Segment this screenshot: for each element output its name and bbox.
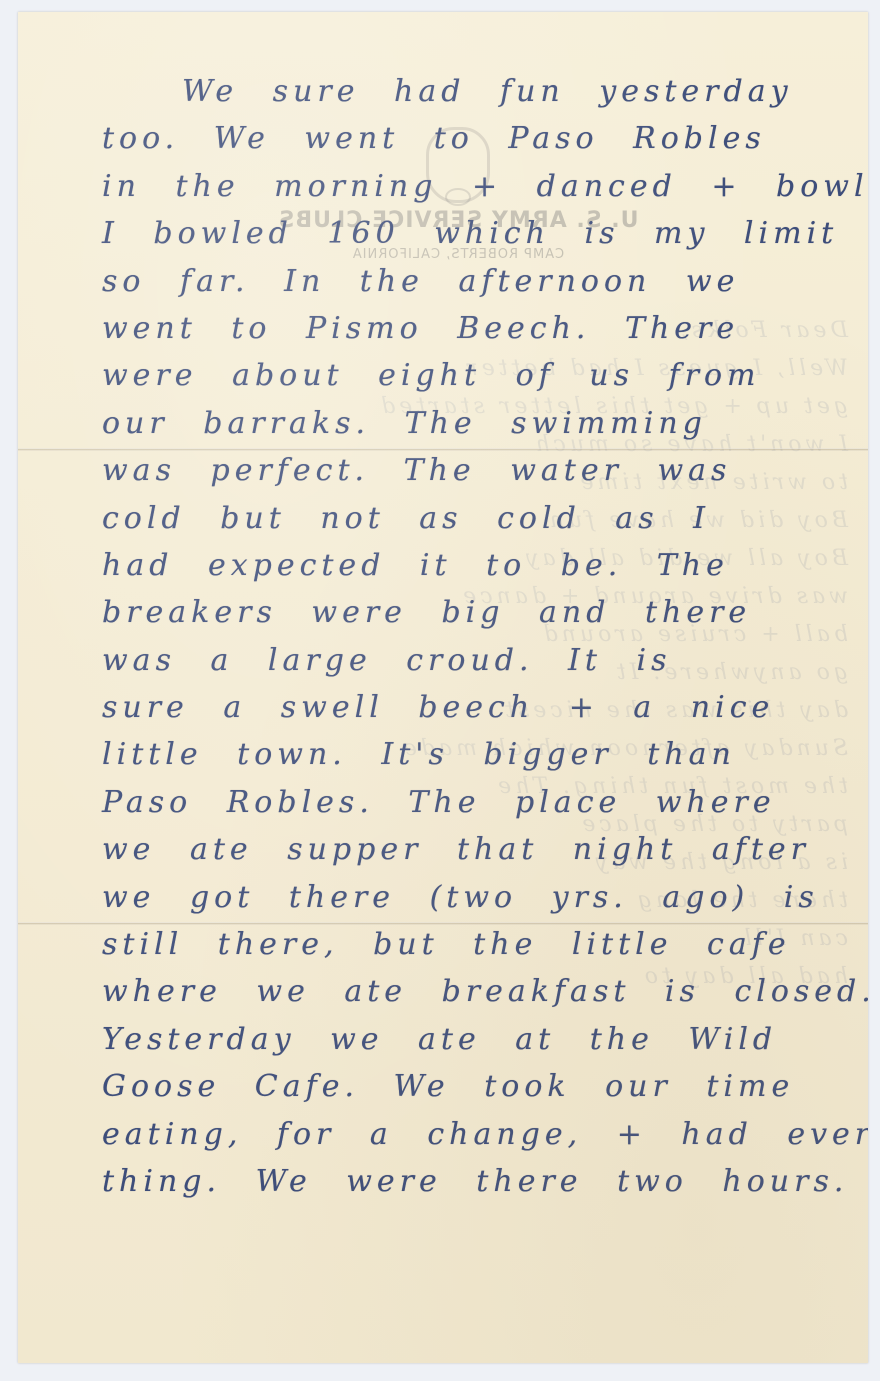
letter-line: Yesterday we ate at the Wild xyxy=(102,1016,862,1063)
scan-background: Dear Folks, Well, I guess I had better g… xyxy=(0,0,880,1381)
letter-line: thing. We were there two hours. xyxy=(102,1158,862,1205)
letter-line: was perfect. The water was xyxy=(102,447,862,494)
letter-line: cold but not as cold as I xyxy=(102,495,862,542)
letter-line: little town. It's bigger than xyxy=(102,731,862,778)
letter-line: was a large croud. It is xyxy=(102,637,862,684)
letter-line: so far. In the afternoon we xyxy=(102,258,862,305)
letter-line: went to Pismo Beech. There xyxy=(102,305,862,352)
letter-line: had expected it to be. The xyxy=(102,542,862,589)
letter-line: our barraks. The swimming xyxy=(102,400,862,447)
letter-line: in the morning + danced + bowled. xyxy=(102,163,862,210)
letter-line: I bowled 160 which is my limit xyxy=(102,210,862,257)
letter-line: Goose Cafe. We took our time xyxy=(102,1063,862,1110)
letter-line: breakers were big and there xyxy=(102,589,862,636)
letter-line: we ate supper that night after xyxy=(102,826,862,873)
letter-line: Paso Robles. The place where xyxy=(102,779,862,826)
letter-line: too. We went to Paso Robles xyxy=(102,115,862,162)
letter-line: We sure had fun yesterday xyxy=(102,68,862,115)
letter-line: eating, for a change, + had every- xyxy=(102,1111,862,1158)
letter-line: we got there (two yrs. ago) is xyxy=(102,874,862,921)
letter-page: Dear Folks, Well, I guess I had better g… xyxy=(18,12,868,1363)
letter-line: were about eight of us from xyxy=(102,352,862,399)
handwritten-letter-body: We sure had fun yesterday too. We went t… xyxy=(102,68,862,1205)
letter-line: still there, but the little cafe xyxy=(102,921,862,968)
letter-line: sure a swell beech + a nice xyxy=(102,684,862,731)
letter-line: where we ate breakfast is closed. xyxy=(102,968,862,1015)
